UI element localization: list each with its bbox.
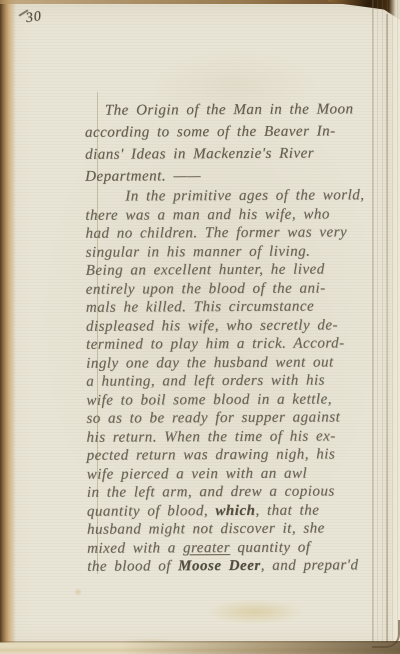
bottom-page-edges bbox=[0, 641, 400, 654]
top-right-binding-corner bbox=[328, 0, 400, 20]
manuscript-line: pected return was drawing nigh, his bbox=[87, 445, 379, 465]
manuscript-line: a hunting, and left orders with his bbox=[86, 371, 378, 391]
manuscript-line: mals he killed. This circumstance bbox=[86, 297, 378, 317]
right-page-crease bbox=[386, 14, 388, 644]
manuscript-line: in the left arm, and drew a copious bbox=[87, 482, 379, 502]
manuscript-page-scan: 30 The Origin of the Man in the Moonacco… bbox=[0, 0, 400, 654]
manuscript-line: ingly one day the husband went out bbox=[86, 353, 378, 373]
manuscript-line: singular in his manner of living. bbox=[86, 242, 378, 262]
manuscript-line: the blood of Moose Deer, and prepar'd bbox=[87, 556, 379, 576]
binding-edge bbox=[0, 0, 16, 654]
manuscript-line: his return. When the time of his ex- bbox=[86, 427, 378, 447]
manuscript-line: Department. —— bbox=[85, 164, 377, 188]
manuscript-line: dians' Ideas in Mackenzie's River bbox=[85, 142, 377, 166]
manuscript-line: according to some of the Beaver In- bbox=[85, 120, 377, 144]
manuscript-line: wife to boil some blood in a kettle, bbox=[86, 390, 378, 410]
manuscript-line: The Origin of the Man in the Moon bbox=[85, 98, 377, 122]
manuscript-line: had no children. The former was very bbox=[85, 223, 377, 243]
manuscript-line: termined to play him a trick. Accord- bbox=[86, 334, 378, 354]
manuscript-line: entirely upon the blood of the ani- bbox=[86, 279, 378, 299]
manuscript-line: In the primitive ages of the world, bbox=[85, 186, 377, 206]
manuscript-line: wife pierced a vein with an awl bbox=[87, 464, 379, 484]
manuscript-line: Being an excellent hunter, he lived bbox=[86, 260, 378, 280]
manuscript-text: The Origin of the Man in the Moonaccordi… bbox=[85, 98, 379, 576]
manuscript-line: displeased his wife, who secretly de- bbox=[86, 316, 378, 336]
manuscript-line: quantity of blood, which, that the bbox=[87, 501, 379, 521]
manuscript-line: husband might not discover it, she bbox=[87, 519, 379, 539]
manuscript-line: so as to be ready for supper against bbox=[86, 408, 378, 428]
manuscript-line: there was a man and his wife, who bbox=[85, 205, 377, 225]
manuscript-line: mixed with a greater quantity of bbox=[87, 538, 379, 558]
bottom-right-corner bbox=[372, 620, 400, 648]
page-number: 30 bbox=[25, 9, 43, 27]
